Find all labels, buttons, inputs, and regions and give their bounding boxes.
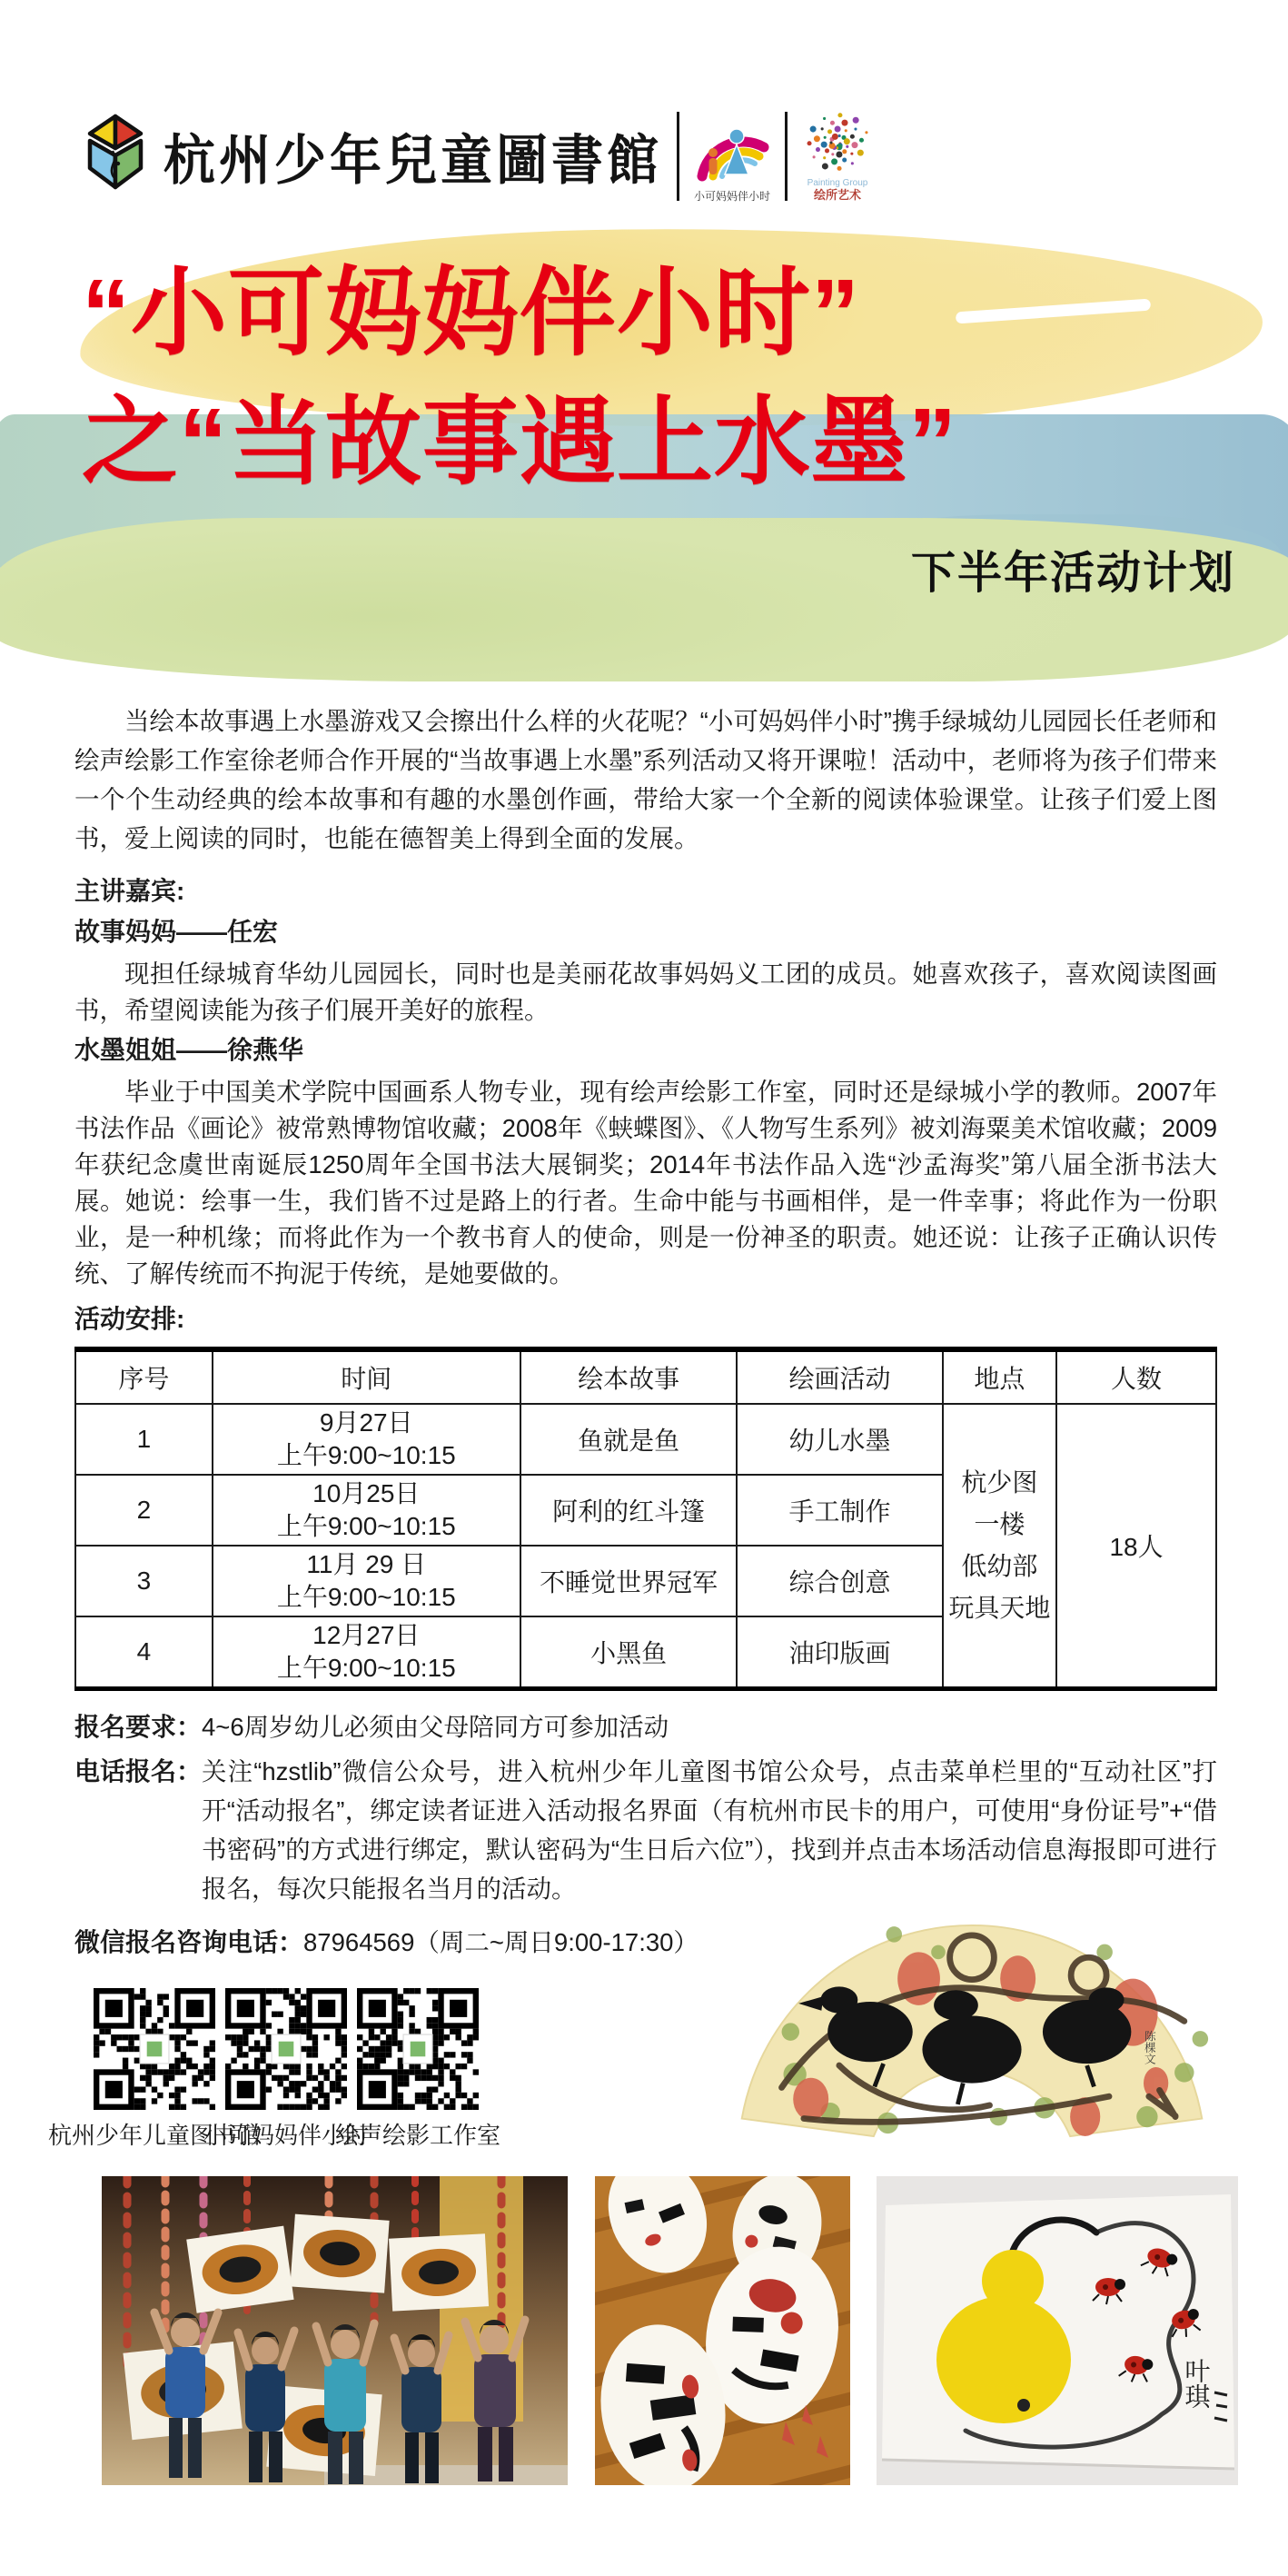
location-line: 一楼	[944, 1504, 1056, 1546]
poster-subtitle: 下半年活动计划	[911, 538, 1235, 602]
header: 杭州少年兒童圖書館 小可妈妈伴小时 Painting Group 绘所艺术	[80, 102, 873, 211]
col-header-capacity: 人数	[1056, 1349, 1216, 1404]
spiral-dots-icon	[802, 111, 873, 178]
cell-location: 杭少图 一楼 低幼部 玩具天地	[943, 1404, 1057, 1689]
photo-yellow-gourd-painting: 叶琪	[877, 2176, 1238, 2485]
cell-story: 鱼就是鱼	[520, 1404, 738, 1475]
library-book-logo-icon	[80, 111, 151, 203]
requirement-row: 报名要求： 4~6周岁幼儿必须由父母陪同方可参加活动	[74, 1707, 1217, 1746]
cell-no: 4	[75, 1616, 213, 1689]
time-hours: 上午9:00~10:15	[213, 1439, 520, 1472]
content-column: 当绘本故事遇上水墨游戏又会擦出什么样的火花呢？“小可妈妈伴小时”携手绿城幼儿园园…	[74, 701, 1217, 1962]
hero-banner: “小可妈妈伴小时” 之“当故事遇上水墨” 下半年活动计划	[0, 225, 1288, 684]
poster-title-line1: “小可妈妈伴小时”	[82, 265, 860, 362]
col-header-story: 绘本故事	[520, 1349, 738, 1404]
speaker2-bio: 毕业于中国美术学院中国画系人物专业，现有绘声绘影工作室，同时还是绿城小学的教师。…	[74, 1074, 1217, 1292]
location-line: 杭少图	[944, 1462, 1056, 1504]
time-date: 11月 29 日	[213, 1548, 520, 1581]
speaker2-title: 水墨姐姐——徐燕华	[74, 1035, 1217, 1066]
cell-story: 不睡觉世界冠军	[520, 1546, 738, 1616]
fan-signature: 陈棵文	[1143, 2030, 1155, 2064]
cell-story: 阿利的红斗篷	[520, 1475, 738, 1546]
cell-capacity: 18人	[1056, 1404, 1216, 1689]
qr-code-studio	[357, 1988, 479, 2110]
qr-code-mom-hour	[225, 1988, 347, 2110]
painting-group-caption-cn: 绘所艺术	[814, 189, 861, 202]
table-row: 1 9月27日 上午9:00~10:15 鱼就是鱼 幼儿水墨 杭少图 一楼 低幼…	[75, 1404, 1216, 1475]
hotline-label: 微信报名咨询电话：	[74, 1923, 303, 1962]
mom-hour-caption: 小可妈妈伴小时	[694, 191, 770, 203]
phone-signup-text: 关注“hzstlib”微信公众号，进入杭州少年儿童图书馆公众号，点击菜单栏里的“…	[202, 1752, 1217, 1908]
header-divider	[785, 112, 788, 201]
time-date: 12月27日	[213, 1619, 520, 1652]
poster-title-line2: 之“当故事遇上水墨”	[82, 394, 957, 491]
cell-activity: 幼儿水墨	[737, 1404, 942, 1475]
photo-children-showing-fans	[102, 2176, 568, 2485]
library-name: 杭州少年兒童圖書館	[163, 117, 662, 195]
painting-signature: 叶琪	[1183, 2358, 1211, 2410]
table-header-row: 序号 时间 绘本故事 绘画活动 地点 人数	[75, 1349, 1216, 1404]
col-header-time: 时间	[213, 1349, 520, 1404]
col-header-no: 序号	[75, 1349, 213, 1404]
cell-time: 9月27日 上午9:00~10:15	[213, 1404, 520, 1475]
intro-paragraph: 当绘本故事遇上水墨游戏又会擦出什么样的火花呢？“小可妈妈伴小时”携手绿城幼儿园园…	[74, 701, 1217, 858]
rainbow-mother-child-icon	[695, 111, 769, 189]
cell-activity: 手工制作	[737, 1475, 942, 1546]
cell-time: 12月27日 上午9:00~10:15	[213, 1616, 520, 1689]
cell-no: 2	[75, 1475, 213, 1546]
cell-no: 1	[75, 1404, 213, 1475]
location-line: 玩具天地	[944, 1587, 1056, 1629]
cell-activity: 油印版画	[737, 1616, 942, 1689]
schedule-heading: 活动安排:	[74, 1305, 1217, 1334]
requirement-label: 报名要求：	[74, 1707, 202, 1746]
phone-signup-label: 电话报名：	[74, 1752, 202, 1791]
location-line: 低幼部	[944, 1546, 1056, 1587]
mom-hour-logo: 小可妈妈伴小时	[694, 111, 770, 203]
header-divider	[677, 112, 679, 201]
time-hours: 上午9:00~10:15	[213, 1581, 520, 1614]
phone-signup-row: 电话报名： 关注“hzstlib”微信公众号，进入杭州少年儿童图书馆公众号，点击…	[74, 1752, 1217, 1908]
speaker1-bio: 现担任绿城育华幼儿园园长，同时也是美丽花故事妈妈义工团的成员。她喜欢孩子，喜欢阅…	[74, 956, 1217, 1029]
speakers-heading: 主讲嘉宾:	[74, 876, 1217, 907]
cell-activity: 综合创意	[737, 1546, 942, 1616]
qr-code-library	[94, 1988, 215, 2110]
time-hours: 上午9:00~10:15	[213, 1652, 520, 1685]
painting-group-logo: Painting Group 绘所艺术	[802, 111, 873, 201]
time-date: 9月27日	[213, 1407, 520, 1439]
schedule-table: 序号 时间 绘本故事 绘画活动 地点 人数 1 9月27日 上午9:00~10:…	[74, 1347, 1217, 1691]
cell-story: 小黑鱼	[520, 1616, 738, 1689]
time-hours: 上午9:00~10:15	[213, 1510, 520, 1543]
photo-gourd-cutouts-on-table	[595, 2176, 850, 2485]
requirement-text: 4~6周岁幼儿必须由父母陪同方可参加活动	[202, 1707, 1217, 1746]
time-date: 10月25日	[213, 1477, 520, 1510]
qr-label-studio: 绘声绘影工作室	[309, 2117, 527, 2151]
col-header-location: 地点	[943, 1349, 1057, 1404]
col-header-activity: 绘画活动	[737, 1349, 942, 1404]
cell-time: 10月25日 上午9:00~10:15	[213, 1475, 520, 1546]
event-poster: 杭州少年兒童圖書館 小可妈妈伴小时 Painting Group 绘所艺术	[0, 0, 1288, 2576]
cell-time: 11月 29 日 上午9:00~10:15	[213, 1546, 520, 1616]
cell-no: 3	[75, 1546, 213, 1616]
fan-ink-painting: 陈棵文	[704, 1897, 1240, 2172]
speaker1-title: 故事妈妈——任宏	[74, 917, 1217, 948]
